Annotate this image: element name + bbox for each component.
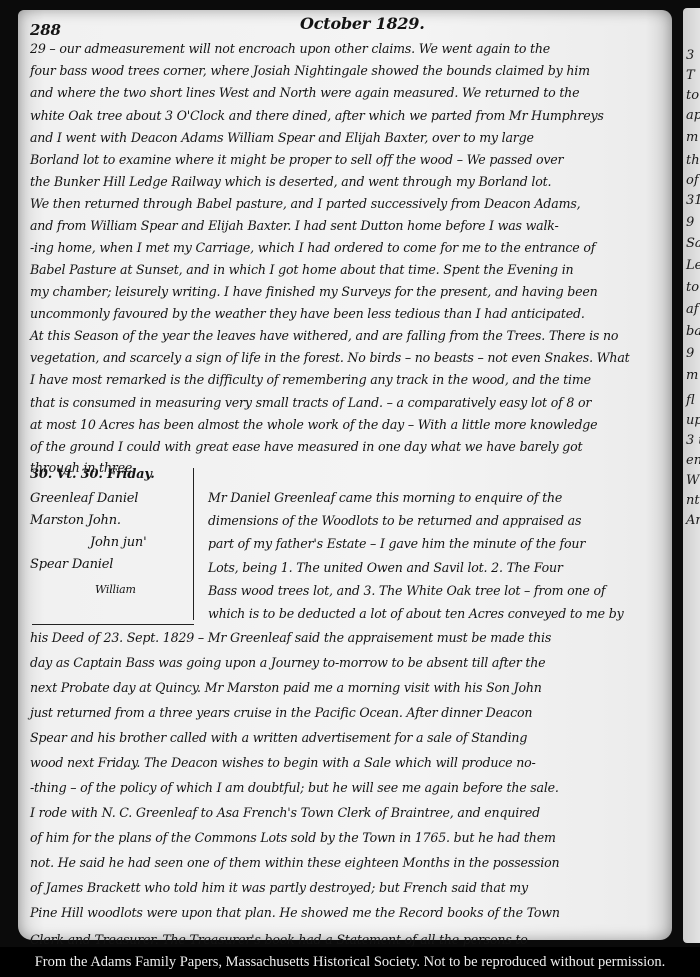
manuscript-line: and where the two short lines West and N… [30,85,579,100]
facing-page-fragment: 9 [686,215,694,230]
facing-page-fragment: en [686,453,700,468]
manuscript-line: dimensions of the Woodlots to be returne… [208,513,581,528]
facing-page-fragment: Le [686,258,700,273]
facing-page-fragment: 3 t [686,433,700,448]
facing-page-fragment: 31 [686,193,700,208]
margin-rule [32,624,194,625]
manuscript-line: uncommonly favoured by the weather they … [30,306,585,321]
facing-page-fragment: af [686,302,699,317]
manuscript-line: my chamber; leisurely writing. I have fi… [30,284,598,299]
facing-page-fragment: fl [686,393,695,408]
facing-page-fragment: 9 [686,346,694,361]
manuscript-line: Borland lot to examine where it might be… [30,152,563,167]
manuscript-line: Spear and his brother called with a writ… [30,730,527,745]
manuscript-line: Clerk and Treasurer. The Treasurer's boo… [30,932,528,947]
manuscript-line: -ing home, when I met my Carriage, which… [30,240,595,255]
facing-page-fragment: of [686,173,699,188]
manuscript-page: 288 October 1829. 29 – our admeasurement… [18,10,672,940]
manuscript-line: white Oak tree about 3 O'Clock and there… [30,108,604,123]
manuscript-line: We then returned through Babel pasture, … [30,196,580,211]
manuscript-line: and I went with Deacon Adams William Spe… [30,130,534,145]
manuscript-line: of him for the plans of the Commons Lots… [30,830,556,845]
margin-index: 30. Vt. 30. Friday. Greenleaf Daniel Mar… [30,463,200,623]
margin-name: Greenleaf Daniel [30,491,138,506]
manuscript-line: I rode with N. C. Greenleaf to Asa Frenc… [30,805,540,820]
manuscript-line: -thing – of the policy of which I am dou… [30,780,559,795]
facing-page-fragment: th [686,153,700,168]
facing-page-fragment: Sa [686,236,700,251]
manuscript-line: and from William Spear and Elijah Baxter… [30,218,559,233]
facing-page-fragment: 3 [686,48,694,63]
facing-page-fragment: T [686,68,695,83]
manuscript-line: at most 10 Acres has been almost the who… [30,417,597,432]
manuscript-line: not. He said he had seen one of them wit… [30,855,559,870]
manuscript-line: day as Captain Bass was going upon a Jou… [30,655,545,670]
manuscript-line: vegetation, and scarcely a sign of life … [30,350,630,365]
manuscript-line: that is consumed in measuring very small… [30,395,591,410]
manuscript-line: his Deed of 23. Sept. 1829 – Mr Greenlea… [30,630,551,645]
margin-name: Marston John. [30,513,121,528]
facing-page-fragment: m [686,130,698,145]
facing-page-edge: 3 T to ap m th of 31 9 Sa Le to af ba 9 … [683,8,700,943]
manuscript-line: Babel Pasture at Sunset, and in which I … [30,262,573,277]
facing-page-fragment: to [686,88,699,103]
manuscript-line: four bass wood trees corner, where Josia… [30,63,590,78]
facing-page-fragment: up [686,413,700,428]
manuscript-line: Lots, being 1. The united Owen and Savil… [208,560,563,575]
manuscript-line: next Probate day at Quincy. Mr Marston p… [30,680,542,695]
entry-date: 30. Vt. 30. Friday. [30,467,155,482]
facing-page-fragment: nt [686,493,700,508]
manuscript-line: just returned from a three years cruise … [30,705,532,720]
manuscript-line: At this Season of the year the leaves ha… [30,328,618,343]
page-heading: October 1829. [300,14,425,33]
facing-page-fragment: ap [686,108,700,123]
manuscript-line: Bass wood trees lot, and 3. The White Oa… [208,583,605,598]
facing-page-fragment: m [686,368,698,383]
facing-page-fragment: W [686,473,699,488]
manuscript-line: Mr Daniel Greenleaf came this morning to… [208,490,562,505]
manuscript-line: of the ground I could with great ease ha… [30,439,582,454]
manuscript-line: I have most remarked is the difficulty o… [30,372,591,387]
margin-name: John jun' [90,535,146,550]
manuscript-line: Pine Hill woodlots were upon that plan. … [30,905,560,920]
facing-page-fragment: ba [686,324,700,339]
copyright-footer: From the Adams Family Papers, Massachuse… [0,947,700,977]
facing-page-fragment: An [686,513,700,528]
manuscript-line: 29 – our admeasurement will not encroach… [30,41,550,56]
facing-page-fragment: to [686,280,699,295]
margin-brace [193,468,197,620]
margin-name: William [95,583,136,596]
manuscript-line: of James Brackett who told him it was pa… [30,880,528,895]
manuscript-line: wood next Friday. The Deacon wishes to b… [30,755,536,770]
margin-name: Spear Daniel [30,557,113,572]
manuscript-line: part of my father's Estate – I gave him … [208,536,585,551]
manuscript-line: the Bunker Hill Ledge Railway which is d… [30,174,551,189]
manuscript-line: which is to be deducted a lot of about t… [208,606,624,621]
page-number: 288 [30,21,61,39]
